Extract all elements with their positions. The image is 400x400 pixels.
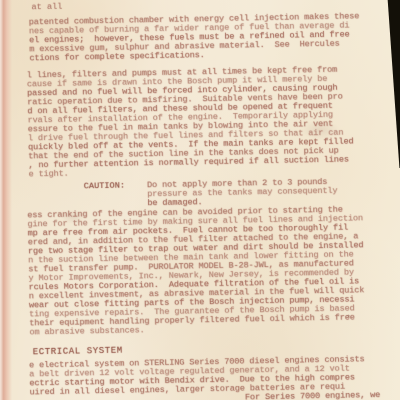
caution-label: CAUTION:	[84, 182, 125, 192]
paragraph-electrical: e electrical system on STERLING Series 7…	[29, 355, 380, 400]
scanned-page: at all patented combustion chamber with …	[0, 0, 400, 400]
paragraph-fuel-lines: l lines, filters and pumps must at all t…	[27, 65, 354, 179]
paragraph-fuel-types: patented combustion chamber with energy …	[29, 12, 360, 63]
paragraph-filtration: ess cranking of the engine can be avoide…	[27, 205, 365, 337]
caution-text: Do not apply more than 2 to 3 poundspres…	[147, 178, 338, 208]
stray-ink-mark: *	[346, 314, 351, 323]
section-heading-electrical-system: ECTRICAL SYSTEM	[33, 347, 123, 358]
top-text-fragment: at all	[31, 2, 62, 13]
scanner-background	[386, 0, 400, 168]
page-left-edge	[0, 0, 12, 400]
page-text: at all patented combustion chamber with …	[22, 0, 391, 400]
